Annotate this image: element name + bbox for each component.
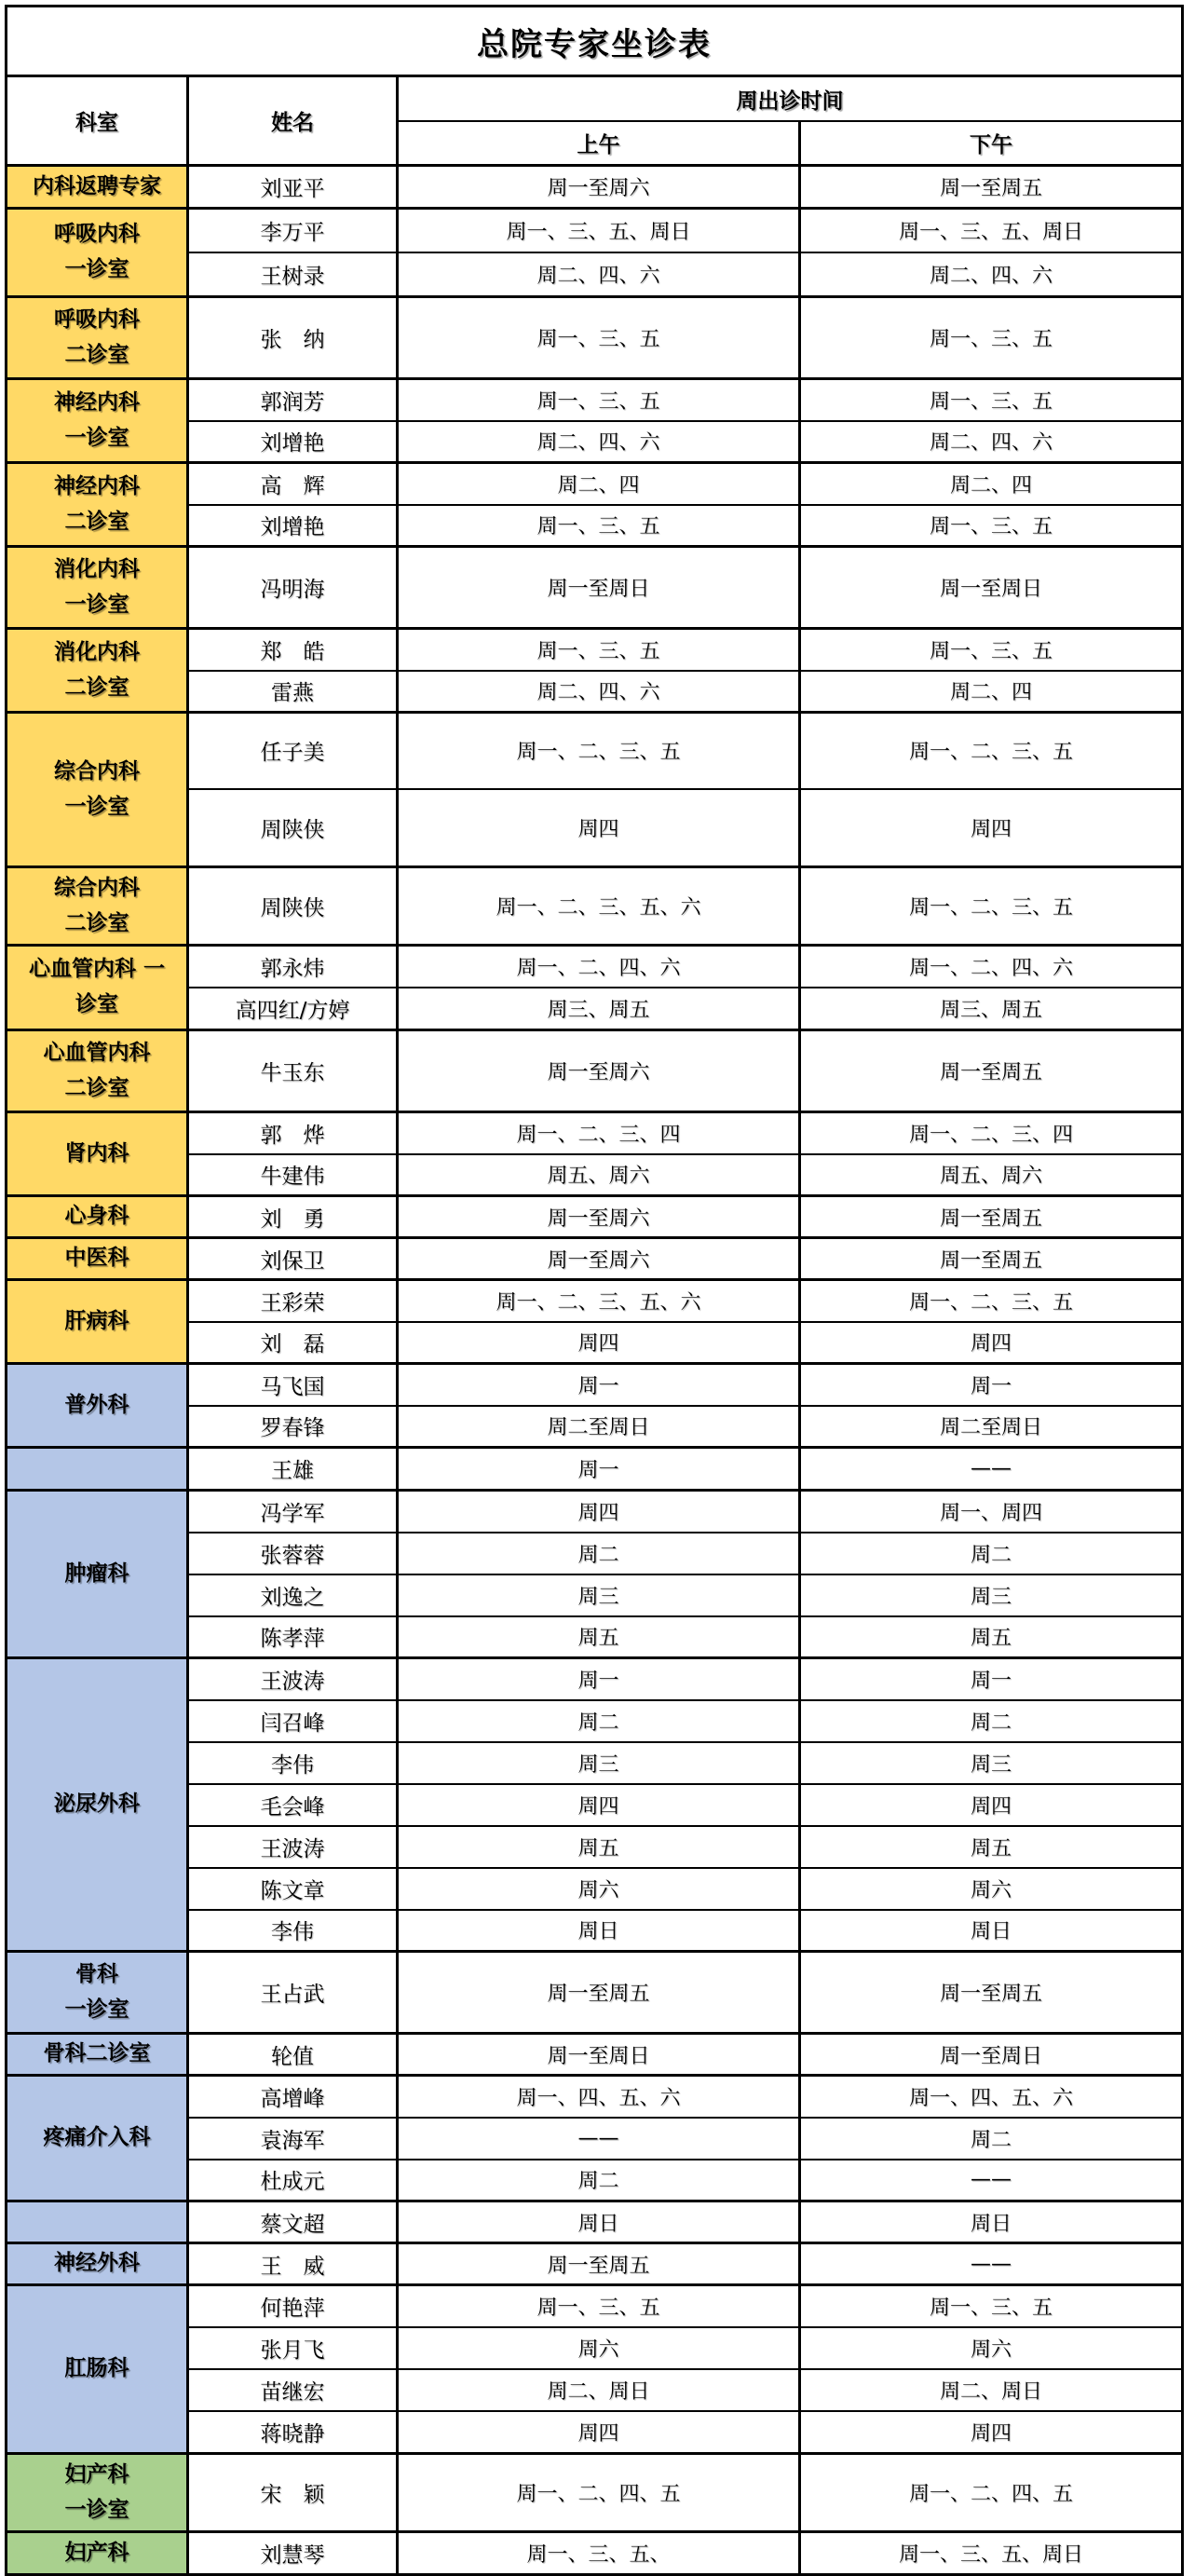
morning-schedule-cell: 周一、二、三、五、六 — [398, 1280, 800, 1322]
afternoon-schedule-cell: 周六 — [800, 1868, 1183, 1910]
afternoon-schedule-cell: 周二、四 — [800, 463, 1183, 505]
afternoon-schedule-cell: 周一、三、五 — [800, 629, 1183, 671]
afternoon-schedule-cell: 周五 — [800, 1826, 1183, 1868]
doctor-name-cell: 牛建伟 — [188, 1154, 398, 1196]
afternoon-schedule-cell: 周二、四、六 — [800, 421, 1183, 463]
doctor-name-cell: 郭 烨 — [188, 1112, 398, 1154]
morning-schedule-cell: 周一至周六 — [398, 166, 800, 209]
table-row: 神经外科王 威周一至周五—— — [7, 2243, 1183, 2285]
doctor-name-cell: 牛玉东 — [188, 1030, 398, 1112]
doctor-name-cell: 张月飞 — [188, 2327, 398, 2369]
afternoon-schedule-cell: 周四 — [800, 1322, 1183, 1364]
doctor-name-cell: 冯明海 — [188, 547, 398, 629]
afternoon-schedule-cell: 周二、四 — [800, 671, 1183, 713]
table-row: 骨科二诊室轮值周一至周日周一至周日 — [7, 2034, 1183, 2076]
department-cell: 综合内科 二诊室 — [7, 867, 188, 946]
doctor-name-cell: 高 辉 — [188, 463, 398, 505]
doctor-name-cell: 苗继宏 — [188, 2369, 398, 2411]
afternoon-schedule-cell: 周四 — [800, 1784, 1183, 1826]
afternoon-schedule-cell: 周一至周五 — [800, 1238, 1183, 1280]
doctor-name-cell: 张蓉蓉 — [188, 1533, 398, 1574]
afternoon-schedule-cell: 周一至周五 — [800, 1952, 1183, 2034]
morning-schedule-cell: 周三、周五 — [398, 988, 800, 1030]
department-cell: 中医科 — [7, 1238, 188, 1280]
doctor-name-cell: 郑 皓 — [188, 629, 398, 671]
morning-schedule-cell: 周一至周日 — [398, 547, 800, 629]
morning-schedule-cell: 周二、四 — [398, 463, 800, 505]
department-cell: 骨科 一诊室 — [7, 1952, 188, 2034]
afternoon-schedule-cell: 周一、四、五、六 — [800, 2076, 1183, 2118]
doctor-name-cell: 刘慧琴 — [188, 2532, 398, 2569]
morning-schedule-cell: 周四 — [398, 1322, 800, 1364]
doctor-name-cell: 周陕侠 — [188, 867, 398, 946]
afternoon-schedule-cell: —— — [800, 1448, 1183, 1491]
morning-schedule-cell: 周四 — [398, 789, 800, 867]
morning-schedule-cell: 周一、三、五 — [398, 379, 800, 421]
department-cell: 呼吸内科 二诊室 — [7, 297, 188, 379]
afternoon-schedule-cell: 周一至周日 — [800, 547, 1183, 629]
table-header: 总院专家坐诊表 科室 姓名 周出诊时间 上午 下午 — [7, 7, 1183, 166]
doctor-name-cell: 郭永炜 — [188, 946, 398, 988]
morning-schedule-cell: 周一、四、五、六 — [398, 2076, 800, 2118]
table-row: 肛肠科何艳萍周一、三、五周一、三、五 — [7, 2285, 1183, 2327]
department-cell: 肛肠科 — [7, 2285, 188, 2454]
morning-schedule-cell: 周一 — [398, 1364, 800, 1406]
afternoon-schedule-cell: 周二至周日 — [800, 1406, 1183, 1448]
doctor-name-cell: 陈孝萍 — [188, 1616, 398, 1658]
morning-schedule-cell: 周二 — [398, 1700, 800, 1742]
afternoon-schedule-cell: 周二 — [800, 1700, 1183, 1742]
doctor-name-cell: 王树录 — [188, 252, 398, 297]
department-cell: 神经内科 二诊室 — [7, 463, 188, 547]
afternoon-schedule-cell: 周一、二、三、五 — [800, 1280, 1183, 1322]
table-row: 妇产科刘慧琴周一、三、五、周一、三、五、周日 — [7, 2532, 1183, 2569]
morning-schedule-cell: 周二、周日 — [398, 2369, 800, 2411]
morning-schedule-cell: 周一 — [398, 1658, 800, 1700]
doctor-name-cell: 刘亚平 — [188, 166, 398, 209]
morning-schedule-cell: 周二、四、六 — [398, 671, 800, 713]
morning-schedule-cell: 周二、四、六 — [398, 252, 800, 297]
header-name: 姓名 — [188, 76, 398, 166]
table-row: 心血管内科 二诊室牛玉东周一至周六周一至周五 — [7, 1030, 1183, 1112]
morning-schedule-cell: 周四 — [398, 2411, 800, 2454]
afternoon-schedule-cell: 周一、三、五、周日 — [800, 209, 1183, 252]
doctor-name-cell: 张 纳 — [188, 297, 398, 379]
header-row-1: 科室 姓名 周出诊时间 — [7, 76, 1183, 122]
department-cell: 普外科 — [7, 1364, 188, 1448]
table-row: 肾内科郭 烨周一、二、三、四周一、二、三、四 — [7, 1112, 1183, 1154]
department-cell: 妇产科 一诊室 — [7, 2454, 188, 2532]
doctor-name-cell: 李伟 — [188, 1742, 398, 1784]
table-row: 泌尿外科王波涛周一周一 — [7, 1658, 1183, 1700]
morning-schedule-cell: 周一至周五 — [398, 1952, 800, 2034]
table-row: 消化内科 二诊室郑 皓周一、三、五周一、三、五 — [7, 629, 1183, 671]
afternoon-schedule-cell: 周一至周五 — [800, 166, 1183, 209]
doctor-name-cell: 王雄 — [188, 1448, 398, 1491]
doctor-name-cell: 刘增艳 — [188, 421, 398, 463]
schedule-sheet: 总院专家坐诊表 科室 姓名 周出诊时间 上午 下午 内科返聘专家刘亚平周一至周六… — [5, 5, 1184, 2569]
morning-schedule-cell: 周五 — [398, 1826, 800, 1868]
doctor-name-cell: 刘增艳 — [188, 505, 398, 547]
department-cell: 呼吸内科 一诊室 — [7, 209, 188, 297]
schedule-table-body: 内科返聘专家刘亚平周一至周六周一至周五呼吸内科 一诊室李万平周一、三、五、周日周… — [7, 166, 1183, 2569]
afternoon-schedule-cell: 周一至周五 — [800, 1196, 1183, 1238]
table-row: 普外科马飞国周一周一 — [7, 1364, 1183, 1406]
morning-schedule-cell: 周一至周六 — [398, 1196, 800, 1238]
morning-schedule-cell: 周二、四、六 — [398, 421, 800, 463]
afternoon-schedule-cell: 周二 — [800, 2118, 1183, 2160]
afternoon-schedule-cell: 周一、二、三、五 — [800, 867, 1183, 946]
morning-schedule-cell: 周二至周日 — [398, 1406, 800, 1448]
department-cell: 骨科二诊室 — [7, 2034, 188, 2076]
doctor-name-cell: 刘保卫 — [188, 1238, 398, 1280]
morning-schedule-cell: 周一至周六 — [398, 1238, 800, 1280]
department-cell: 神经外科 — [7, 2243, 188, 2285]
doctor-name-cell: 李伟 — [188, 1910, 398, 1952]
afternoon-schedule-cell: 周二、四、六 — [800, 252, 1183, 297]
doctor-name-cell: 马飞国 — [188, 1364, 398, 1406]
afternoon-schedule-cell: 周五、周六 — [800, 1154, 1183, 1196]
table-row: 内科返聘专家刘亚平周一至周六周一至周五 — [7, 166, 1183, 209]
department-cell: 内科返聘专家 — [7, 166, 188, 209]
header-morning: 上午 — [398, 121, 800, 166]
department-cell: 消化内科 二诊室 — [7, 629, 188, 713]
morning-schedule-cell: 周一、三、五、周日 — [398, 209, 800, 252]
doctor-name-cell: 刘 磊 — [188, 1322, 398, 1364]
morning-schedule-cell: —— — [398, 2118, 800, 2160]
doctor-name-cell: 王彩荣 — [188, 1280, 398, 1322]
afternoon-schedule-cell: —— — [800, 2243, 1183, 2285]
doctor-name-cell: 高四红/方婷 — [188, 988, 398, 1030]
afternoon-schedule-cell: 周一、二、四、五 — [800, 2454, 1183, 2532]
doctor-name-cell: 杜成元 — [188, 2160, 398, 2201]
table-row: 肿瘤科冯学军周四周一、周四 — [7, 1491, 1183, 1533]
doctor-name-cell: 王 威 — [188, 2243, 398, 2285]
department-cell: 肝病科 — [7, 1280, 188, 1364]
morning-schedule-cell: 周日 — [398, 1910, 800, 1952]
afternoon-schedule-cell: —— — [800, 2160, 1183, 2201]
header-department: 科室 — [7, 76, 188, 166]
department-cell: 疼痛介入科 — [7, 2076, 188, 2201]
department-cell: 肾内科 — [7, 1112, 188, 1196]
table-row: 消化内科 一诊室冯明海周一至周日周一至周日 — [7, 547, 1183, 629]
header-afternoon: 下午 — [800, 121, 1183, 166]
afternoon-schedule-cell: 周一至周五 — [800, 1030, 1183, 1112]
afternoon-schedule-cell: 周日 — [800, 1910, 1183, 1952]
department-cell — [7, 2201, 188, 2243]
doctor-name-cell: 冯学军 — [188, 1491, 398, 1533]
morning-schedule-cell: 周一、二、三、五、六 — [398, 867, 800, 946]
department-cell: 肿瘤科 — [7, 1491, 188, 1658]
morning-schedule-cell: 周一至周六 — [398, 1030, 800, 1112]
table-row: 蔡文超周日周日 — [7, 2201, 1183, 2243]
doctor-name-cell: 闫召峰 — [188, 1700, 398, 1742]
table-row: 呼吸内科 二诊室张 纳周一、三、五周一、三、五 — [7, 297, 1183, 379]
table-row: 肝病科王彩荣周一、二、三、五、六周一、二、三、五 — [7, 1280, 1183, 1322]
doctor-name-cell: 陈文章 — [188, 1868, 398, 1910]
afternoon-schedule-cell: 周一至周日 — [800, 2034, 1183, 2076]
doctor-name-cell: 周陕侠 — [188, 789, 398, 867]
doctor-name-cell: 李万平 — [188, 209, 398, 252]
table-row: 心血管内科 一 诊室郭永炜周一、二、四、六周一、二、四、六 — [7, 946, 1183, 988]
department-cell: 妇产科 — [7, 2532, 188, 2569]
table-row: 神经内科 一诊室郭润芳周一、三、五周一、三、五 — [7, 379, 1183, 421]
table-row: 神经内科 二诊室高 辉周二、四周二、四 — [7, 463, 1183, 505]
afternoon-schedule-cell: 周日 — [800, 2201, 1183, 2243]
morning-schedule-cell: 周二 — [398, 2160, 800, 2201]
morning-schedule-cell: 周一、三、五、 — [398, 2532, 800, 2569]
afternoon-schedule-cell: 周一、二、四、六 — [800, 946, 1183, 988]
morning-schedule-cell: 周六 — [398, 1868, 800, 1910]
department-cell: 神经内科 一诊室 — [7, 379, 188, 463]
afternoon-schedule-cell: 周一、二、三、五 — [800, 713, 1183, 789]
expert-schedule-table: 总院专家坐诊表 科室 姓名 周出诊时间 上午 下午 内科返聘专家刘亚平周一至周六… — [5, 5, 1184, 2569]
department-cell: 心身科 — [7, 1196, 188, 1238]
department-cell: 泌尿外科 — [7, 1658, 188, 1952]
doctor-name-cell: 刘逸之 — [188, 1574, 398, 1616]
title-row: 总院专家坐诊表 — [7, 7, 1183, 76]
doctor-name-cell: 轮值 — [188, 2034, 398, 2076]
afternoon-schedule-cell: 周一、三、五 — [800, 505, 1183, 547]
department-cell: 综合内科 一诊室 — [7, 713, 188, 867]
morning-schedule-cell: 周一至周日 — [398, 2034, 800, 2076]
morning-schedule-cell: 周一、三、五 — [398, 629, 800, 671]
table-row: 呼吸内科 一诊室李万平周一、三、五、周日周一、三、五、周日 — [7, 209, 1183, 252]
afternoon-schedule-cell: 周四 — [800, 2411, 1183, 2454]
table-row: 综合内科 二诊室周陕侠周一、二、三、五、六周一、二、三、五 — [7, 867, 1183, 946]
afternoon-schedule-cell: 周一、三、五 — [800, 297, 1183, 379]
morning-schedule-cell: 周一、二、四、五 — [398, 2454, 800, 2532]
afternoon-schedule-cell: 周一 — [800, 1364, 1183, 1406]
morning-schedule-cell: 周一、二、四、六 — [398, 946, 800, 988]
doctor-name-cell: 毛会峰 — [188, 1784, 398, 1826]
table-row: 中医科刘保卫周一至周六周一至周五 — [7, 1238, 1183, 1280]
table-row: 妇产科 一诊室宋 颖周一、二、四、五周一、二、四、五 — [7, 2454, 1183, 2532]
doctor-name-cell: 罗春锋 — [188, 1406, 398, 1448]
doctor-name-cell: 宋 颖 — [188, 2454, 398, 2532]
morning-schedule-cell: 周一、三、五 — [398, 297, 800, 379]
table-row: 心身科刘 勇周一至周六周一至周五 — [7, 1196, 1183, 1238]
doctor-name-cell: 王波涛 — [188, 1826, 398, 1868]
afternoon-schedule-cell: 周二 — [800, 1533, 1183, 1574]
afternoon-schedule-cell: 周一 — [800, 1658, 1183, 1700]
table-row: 骨科 一诊室王占武周一至周五周一至周五 — [7, 1952, 1183, 2034]
page-title: 总院专家坐诊表 — [7, 7, 1183, 76]
doctor-name-cell: 袁海军 — [188, 2118, 398, 2160]
morning-schedule-cell: 周六 — [398, 2327, 800, 2369]
afternoon-schedule-cell: 周一、二、三、四 — [800, 1112, 1183, 1154]
afternoon-schedule-cell: 周六 — [800, 2327, 1183, 2369]
afternoon-schedule-cell: 周三、周五 — [800, 988, 1183, 1030]
morning-schedule-cell: 周日 — [398, 2201, 800, 2243]
morning-schedule-cell: 周一 — [398, 1448, 800, 1491]
morning-schedule-cell: 周二 — [398, 1533, 800, 1574]
department-cell — [7, 1448, 188, 1491]
morning-schedule-cell: 周三 — [398, 1574, 800, 1616]
table-row: 综合内科 一诊室任子美周一、二、三、五周一、二、三、五 — [7, 713, 1183, 789]
morning-schedule-cell: 周五 — [398, 1616, 800, 1658]
doctor-name-cell: 蒋晓静 — [188, 2411, 398, 2454]
afternoon-schedule-cell: 周一、三、五 — [800, 379, 1183, 421]
afternoon-schedule-cell: 周一、三、五 — [800, 2285, 1183, 2327]
doctor-name-cell: 高增峰 — [188, 2076, 398, 2118]
department-cell: 消化内科 一诊室 — [7, 547, 188, 629]
afternoon-schedule-cell: 周四 — [800, 789, 1183, 867]
morning-schedule-cell: 周五、周六 — [398, 1154, 800, 1196]
doctor-name-cell: 任子美 — [188, 713, 398, 789]
afternoon-schedule-cell: 周一、三、五、周日 — [800, 2532, 1183, 2569]
morning-schedule-cell: 周一、二、三、四 — [398, 1112, 800, 1154]
department-cell: 心血管内科 一 诊室 — [7, 946, 188, 1030]
afternoon-schedule-cell: 周三 — [800, 1574, 1183, 1616]
morning-schedule-cell: 周三 — [398, 1742, 800, 1784]
morning-schedule-cell: 周四 — [398, 1784, 800, 1826]
doctor-name-cell: 王占武 — [188, 1952, 398, 2034]
doctor-name-cell: 蔡文超 — [188, 2201, 398, 2243]
afternoon-schedule-cell: 周五 — [800, 1616, 1183, 1658]
department-cell: 心血管内科 二诊室 — [7, 1030, 188, 1112]
table-row: 疼痛介入科高增峰周一、四、五、六周一、四、五、六 — [7, 2076, 1183, 2118]
doctor-name-cell: 雷燕 — [188, 671, 398, 713]
morning-schedule-cell: 周一、三、五 — [398, 2285, 800, 2327]
doctor-name-cell: 刘 勇 — [188, 1196, 398, 1238]
doctor-name-cell: 何艳萍 — [188, 2285, 398, 2327]
doctor-name-cell: 王波涛 — [188, 1658, 398, 1700]
afternoon-schedule-cell: 周一、周四 — [800, 1491, 1183, 1533]
afternoon-schedule-cell: 周二、周日 — [800, 2369, 1183, 2411]
morning-schedule-cell: 周一、二、三、五 — [398, 713, 800, 789]
morning-schedule-cell: 周一至周五 — [398, 2243, 800, 2285]
table-row: 王雄周一—— — [7, 1448, 1183, 1491]
morning-schedule-cell: 周一、三、五 — [398, 505, 800, 547]
doctor-name-cell: 郭润芳 — [188, 379, 398, 421]
morning-schedule-cell: 周四 — [398, 1491, 800, 1533]
header-weekly-schedule: 周出诊时间 — [398, 76, 1183, 122]
afternoon-schedule-cell: 周三 — [800, 1742, 1183, 1784]
